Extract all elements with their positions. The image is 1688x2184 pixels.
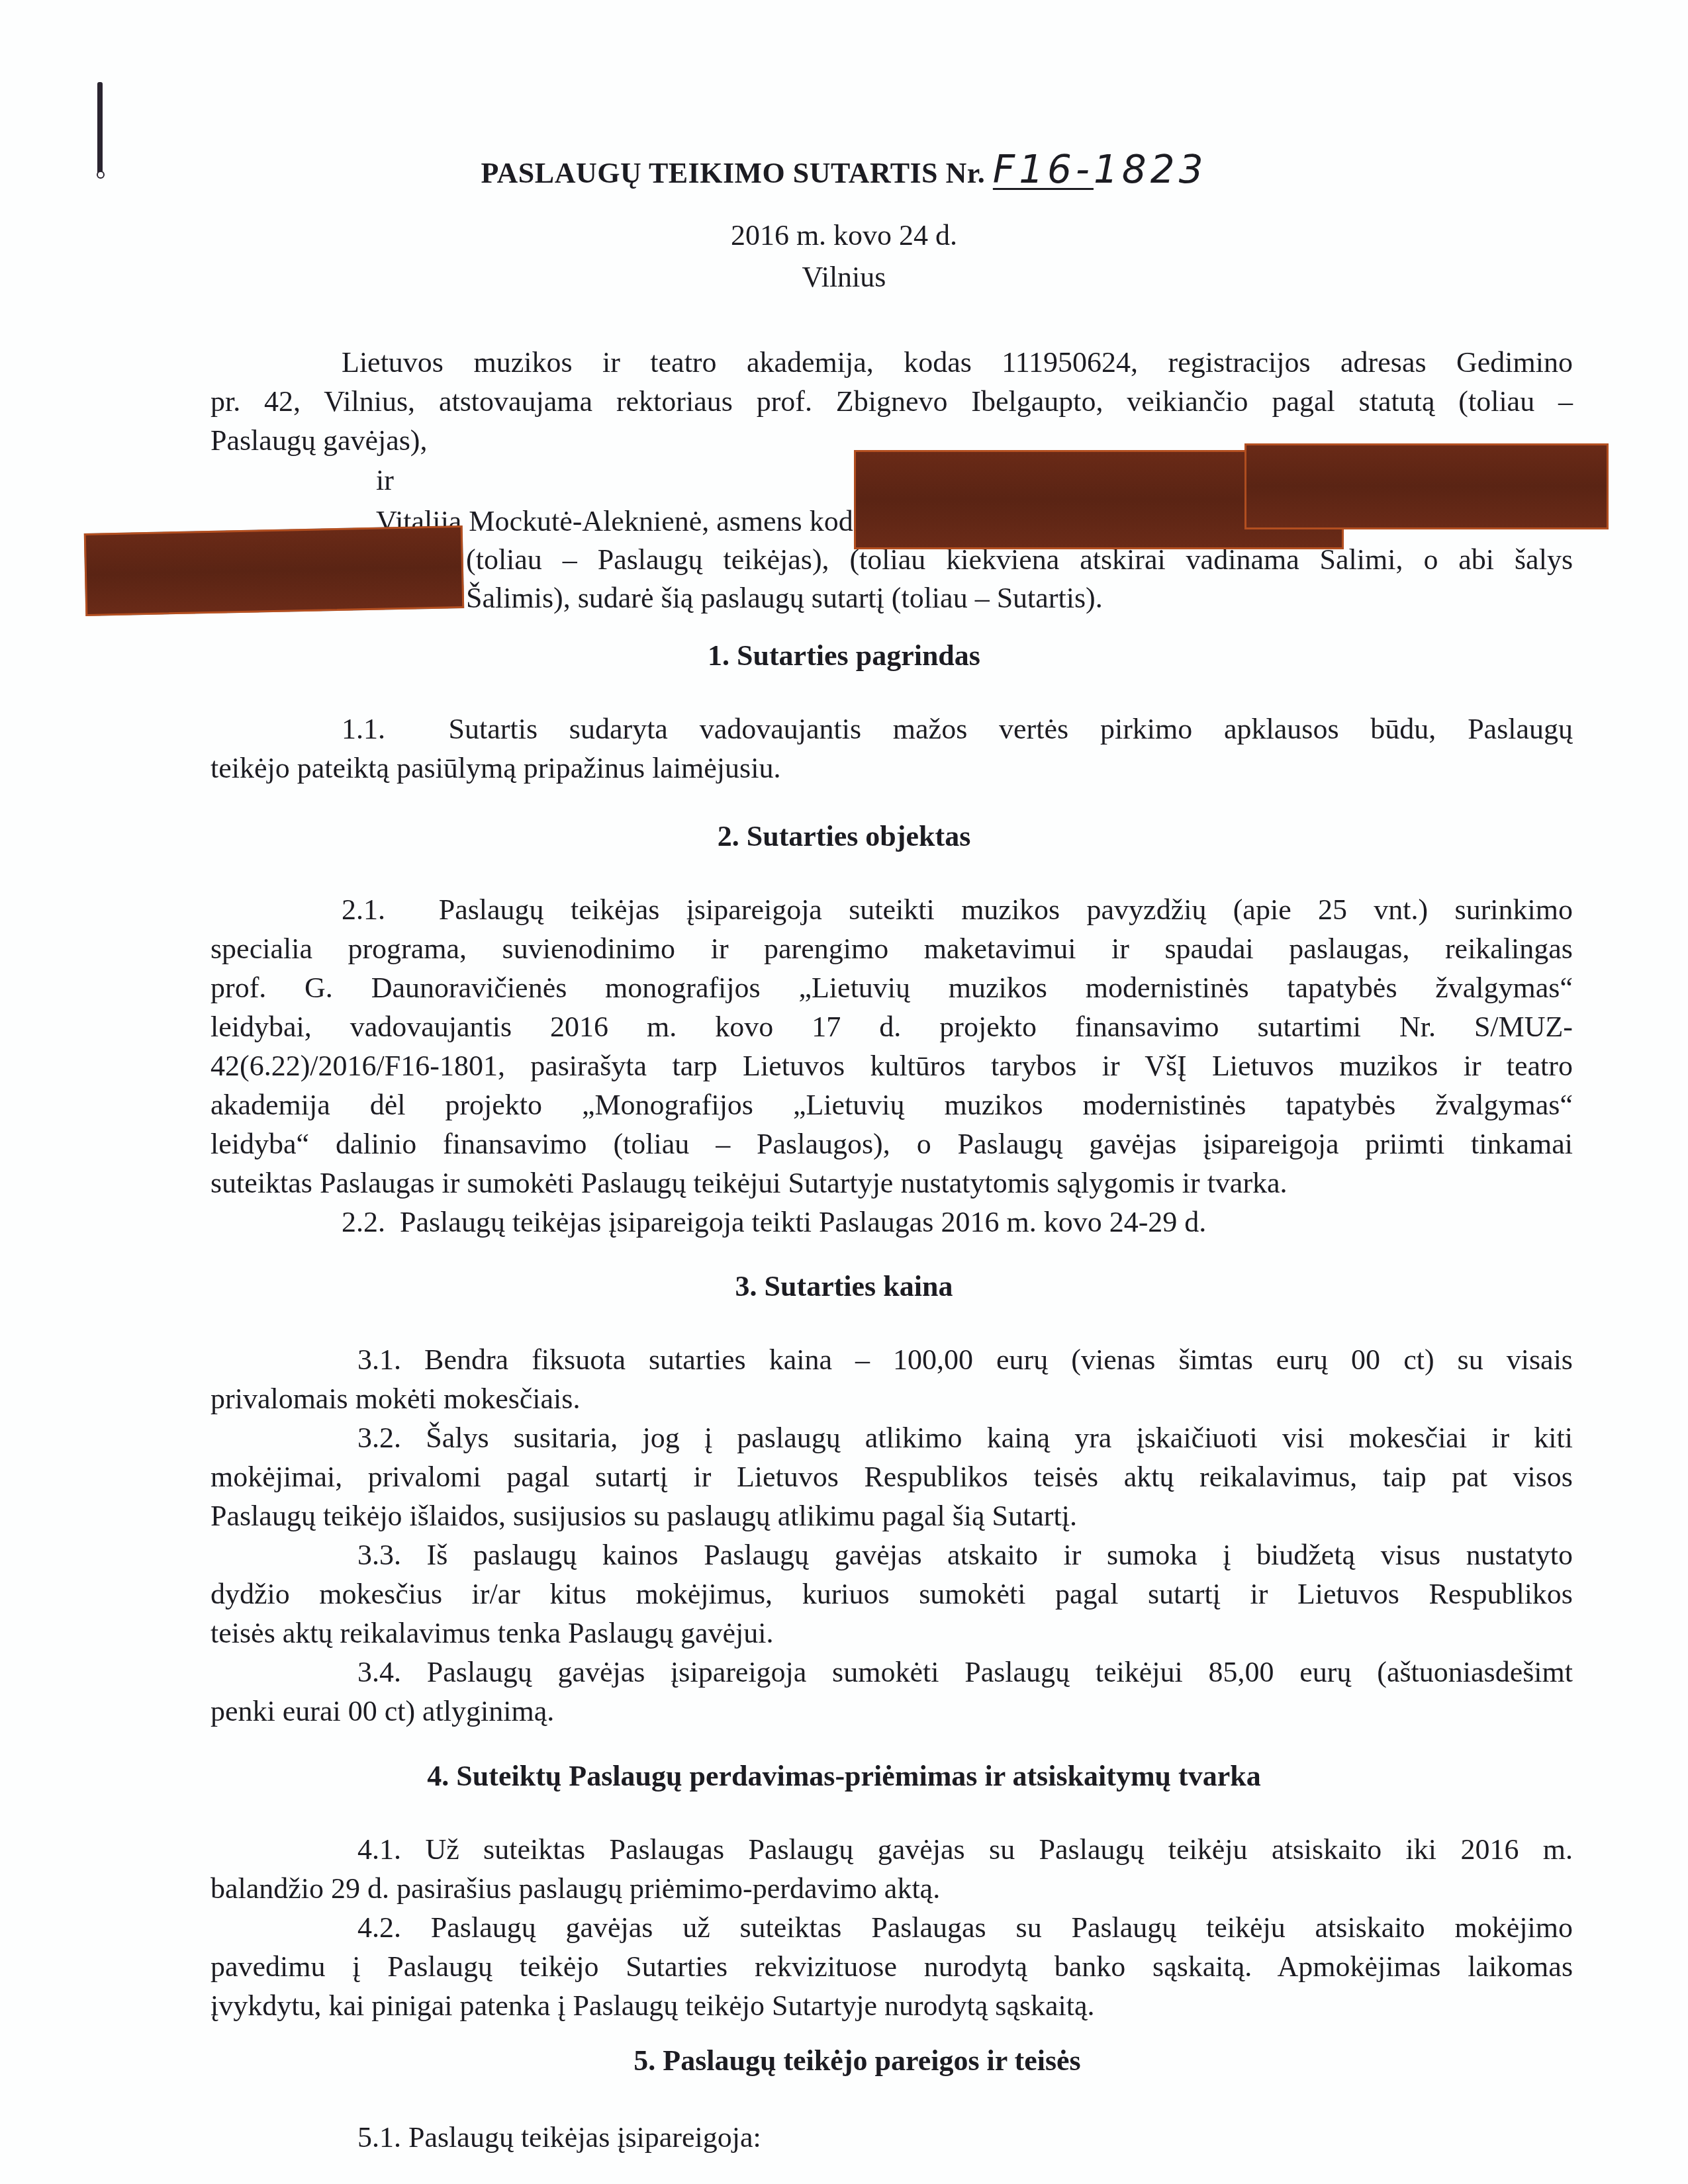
clause-3-2-line-1: 3.2. Šalys susitaria, jog į paslaugų atl… <box>211 1418 1573 1457</box>
clause-2-1-line-6: akademija dėl projekto „Monografijos „Li… <box>211 1085 1573 1124</box>
clause-3-3-line-3: teisės aktų reikalavimus tenka Paslaugų … <box>211 1614 1573 1653</box>
clause-3-1-line-2: privalomais mokėti mokesčiais. <box>211 1379 1573 1418</box>
clause-3-3-line-1: 3.3. Iš paslaugų kainos Paslaugų gavėjas… <box>211 1535 1573 1574</box>
section-5-heading: 5. Paslaugų teikėjo pareigos ir teisės <box>13 2044 1688 2077</box>
clause-3-3-line-2: dydžio mokesčius ir/ar kitus mokėjimus, … <box>211 1574 1573 1614</box>
section-1-heading: 1. Sutarties pagrindas <box>0 639 1688 672</box>
handwritten-contract-number: F16-1823 <box>993 147 1207 192</box>
clause-2-1-line-8: suteiktas Paslaugas ir sumokėti Paslaugų… <box>211 1163 1573 1203</box>
clause-3-2-line-3: Paslaugų teikėjo išlaidos, susijusios su… <box>211 1496 1573 1535</box>
clause-1-1-line-1: 1.1. Sutartis sudaryta vadovaujantis maž… <box>211 709 1573 749</box>
document-page: PASLAUGŲ TEIKIMO SUTARTIS Nr. F16-1823 2… <box>0 0 1688 2184</box>
redaction-personal-code-extension <box>1244 443 1609 529</box>
contract-city: Vilnius <box>0 260 1688 294</box>
clause-5-1-line-1: 5.1. Paslaugų teikėjas įsipareigoja: <box>211 2118 1573 2157</box>
clause-2-1-line-3: prof. G. Daunoravičienės monografijos „L… <box>211 968 1573 1007</box>
clause-3-2-line-2: mokėjimai, privalomi pagal sutartį ir Li… <box>211 1457 1573 1496</box>
clause-2-2-line-1: 2.2. Paslaugų teikėjas įsipareigoja teik… <box>211 1203 1573 1242</box>
redaction-left-block <box>84 525 464 616</box>
clause-4-1-line-2: balandžio 29 d. pasirašius paslaugų priė… <box>211 1869 1573 1908</box>
party-2-line-3: Šalimis), sudarė šią paslaugų sutartį (t… <box>466 581 1103 615</box>
clause-2-1-line-5: 42(6.22)/2016/F16-1801, pasirašyta tarp … <box>211 1046 1573 1085</box>
section-2-heading: 2. Sutarties objektas <box>0 819 1688 853</box>
clause-1-1-line-2: teikėjo pateiktą pasiūlymą pripažinus la… <box>211 749 1573 788</box>
title-prefix: PASLAUGŲ TEIKIMO SUTARTIS Nr. <box>481 157 985 189</box>
clause-4-2-line-3: įvykdytu, kai pinigai patenka į Paslaugų… <box>211 1986 1573 2025</box>
contract-date: 2016 m. kovo 24 d. <box>0 218 1688 252</box>
clause-2-1-line-2: specialia programa, suvienodinimo ir par… <box>211 929 1573 968</box>
party-1-line-1: Lietuvos muzikos ir teatro akademija, ko… <box>211 343 1573 382</box>
clause-2-1-line-7: leidyba“ dalinio finansavimo (toliau – P… <box>211 1124 1573 1163</box>
party-1-line-2: pr. 42, Vilnius, atstovaujama rektoriaus… <box>211 382 1573 421</box>
clause-4-2-line-2: pavedimu į Paslaugų teikėjo Sutarties re… <box>211 1947 1573 1986</box>
section-3-heading: 3. Sutarties kaina <box>0 1269 1688 1303</box>
parties-conjunction: ir <box>376 463 394 497</box>
section-4-heading: 4. Suteiktų Paslaugų perdavimas-priėmima… <box>0 1759 1688 1793</box>
clause-4-2-line-1: 4.2. Paslaugų gavėjas už suteiktas Pasla… <box>211 1908 1573 1947</box>
contract-title: PASLAUGŲ TEIKIMO SUTARTIS Nr. F16-1823 <box>0 147 1688 192</box>
clause-4-1-line-1: 4.1. Už suteiktas Paslaugas Paslaugų gav… <box>211 1830 1573 1869</box>
clause-2-1-line-4: leidybai, vadovaujantis 2016 m. kovo 17 … <box>211 1007 1573 1046</box>
clause-3-1-line-1: 3.1. Bendra fiksuota sutarties kaina – 1… <box>211 1340 1573 1379</box>
clause-2-1-line-1: 2.1. Paslaugų teikėjas įsipareigoja sute… <box>211 890 1573 929</box>
clause-3-4-line-1: 3.4. Paslaugų gavėjas įsipareigoja sumok… <box>211 1653 1573 1692</box>
clause-3-4-line-2: penki eurai 00 ct) atlyginimą. <box>211 1692 1573 1731</box>
